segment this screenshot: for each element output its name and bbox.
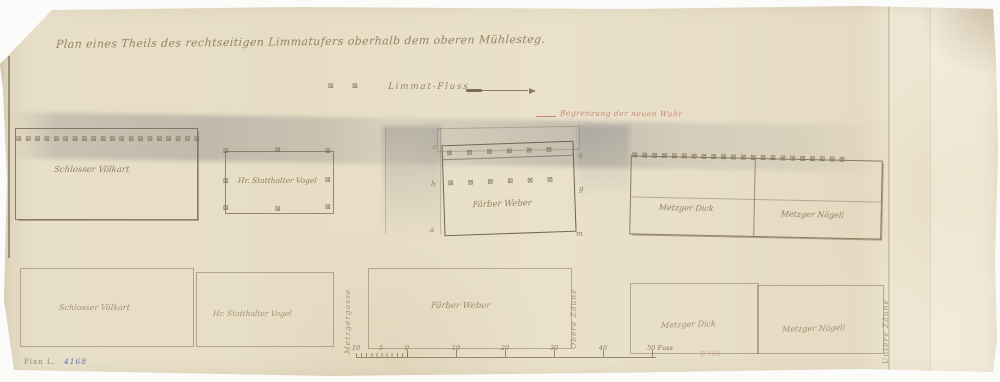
catalog-mark-pencil: Plan L. [24,358,56,366]
corner-letter-q: q [578,151,582,159]
building-label: Hr. Statthalter Vogel [213,309,293,318]
scanned-plan-canvas: Plan eines Theils des rechtseitigen Limm… [0,0,1000,382]
building-lower-voelkart: Schlosser Völkart [20,268,194,347]
aged-paper-sheet: Plan eines Theils des rechtseitigen Limm… [0,0,1000,382]
building-label: Metzger Nägeli [782,323,846,334]
building-label: Metzger Dick [658,203,714,213]
building-label: Schlosser Völkart [54,165,130,175]
pile-mark: ⊠ [325,177,331,184]
scalebar-label: 10 [452,344,460,352]
pile-mark: ⊠ [223,178,229,185]
pile-mark: ⊠ [275,206,281,213]
river-pile-marks: ⊠ ⊠ [328,83,366,90]
catalog-number-blue: 4168 [64,357,87,366]
building-lower-naegeli: Metzger Nägeli [757,285,884,354]
lane-edge-line [440,128,441,234]
river-label: Limmat-Fluss [388,82,470,92]
corner-letter-a: a [430,226,434,234]
scalebar-label: 30 [550,344,558,352]
right-paper-strip [930,0,999,382]
street-label-obere-zaeune: Obere Zäune [569,288,578,349]
plan-title: Plan eines Theils des rechtseitigen Limm… [56,32,597,51]
corner-letter-c: c [433,143,437,151]
left-edge-shadow [8,56,10,258]
building-label: Hr. Statthalter Vogel [238,176,318,185]
red-weir-line [536,116,556,117]
corner-letter-m: m [576,230,583,238]
building-upper-dick-naegeli: Metzger Dick Metzger Nägeli [629,155,883,239]
pile-mark: ⊠ [325,204,331,211]
pile-mark: ⊠ [223,205,229,212]
scalebar-label: 40 [599,344,607,352]
red-stamp-note: B 182 [700,350,721,359]
pile-mark: ⊠ [325,148,331,155]
building-lower-weber: Färber Weber [368,268,572,349]
pile-mark: ⊠ [223,148,229,155]
building-label: Färber Weber [431,301,491,311]
lane-edge-line [385,128,386,234]
weber-pile-row-2: ⊠⊠⊠⊠⊠⊠ [448,176,567,187]
scalebar-label: 5 [379,344,383,352]
scalebar-label: 20 [501,344,509,352]
corner-letter-h: h [431,180,436,188]
street-label-metzgergasse: Metzgergasse [343,289,352,354]
scalebar-label: 10 [352,344,360,352]
scalebar-label-unit: 50 Fuss [647,344,673,352]
red-weir-annotation: Begrenzung der neuen Wuhr [560,108,683,118]
building-label: Färber Weber [472,198,532,210]
building-upper-voelkart: Schlosser Völkart [15,128,198,220]
pile-mark: ⊠ [275,147,281,154]
fold-crease [888,0,890,382]
street-gap-shading-2 [577,126,629,200]
corner-letter-g: g [579,185,583,193]
flow-arrow-icon [466,90,532,92]
building-upper-vogel: ⊠ ⊠ ⊠ ⊠ ⊠ ⊠ ⊠ ⊠ Hr. Statthalter Vogel [225,151,334,214]
building-label: Metzger Dick [661,319,716,330]
building-label: Metzger Nägeli [780,210,844,220]
scalebar-label: 0 [405,344,409,352]
building-upper-weber: ⊠⊠⊠⊠⊠⊠ ⊠⊠⊠⊠⊠⊠ Färber Weber [441,141,576,237]
building-label: Schlosser Völkart [59,303,131,312]
building-lower-vogel: Hr. Statthalter Vogel [196,272,334,347]
